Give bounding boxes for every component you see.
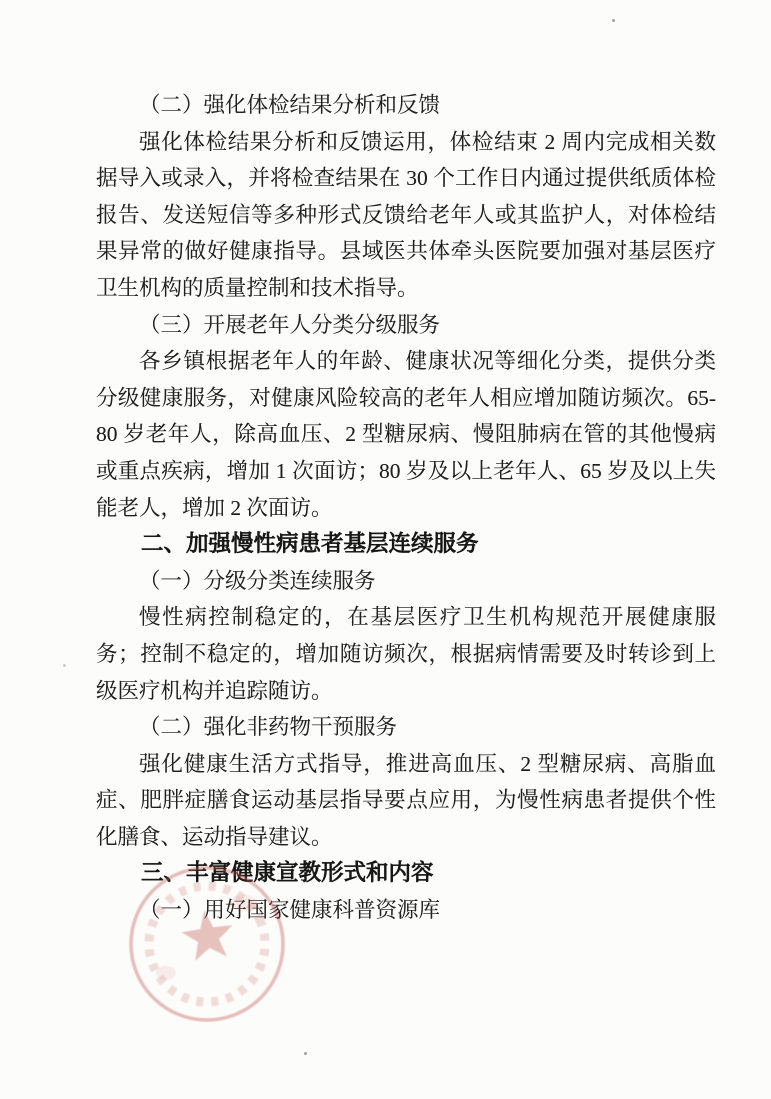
paragraph-analysis-feedback: 强化体检结果分析和反馈运用，体检结束 2 周内完成相关数据导入或录入，并将检查结… xyxy=(96,124,716,307)
paragraph-classified-service: 各乡镇根据老年人的年龄、健康状况等细化分类，提供分类分级健康服务，对健康风险较高… xyxy=(96,343,716,526)
subheading-science-resource: （一）用好国家健康科普资源库 xyxy=(96,892,716,929)
paragraph-non-drug-service: 强化健康生活方式指导，推进高血压、2 型糖尿病、高脂血症、肥胖症膳食运动基层指导… xyxy=(96,746,716,856)
document-text-block: （二）强化体检结果分析和反馈 强化体检结果分析和反馈运用，体检结束 2 周内完成… xyxy=(96,87,716,929)
heading-chronic-disease: 二、加强慢性病患者基层连续服务 xyxy=(96,526,716,563)
scan-speck xyxy=(63,664,66,667)
scanned-document-page: （二）强化体检结果分析和反馈 强化体检结果分析和反馈运用，体检结束 2 周内完成… xyxy=(0,0,771,1099)
scan-speck xyxy=(612,19,615,22)
subheading-analysis-feedback: （二）强化体检结果分析和反馈 xyxy=(96,87,716,124)
heading-health-education: 三、丰富健康宣教形式和内容 xyxy=(96,855,716,892)
subheading-non-drug-service: （二）强化非药物干预服务 xyxy=(96,709,716,746)
paragraph-continuous-service: 慢性病控制稳定的，在基层医疗卫生机构规范开展健康服务；控制不稳定的，增加随访频次… xyxy=(96,599,716,709)
subheading-continuous-service: （一）分级分类连续服务 xyxy=(96,563,716,600)
scan-speck xyxy=(536,241,538,243)
subheading-classified-service: （三）开展老年人分类分级服务 xyxy=(96,307,716,344)
scan-speck xyxy=(304,1052,307,1055)
